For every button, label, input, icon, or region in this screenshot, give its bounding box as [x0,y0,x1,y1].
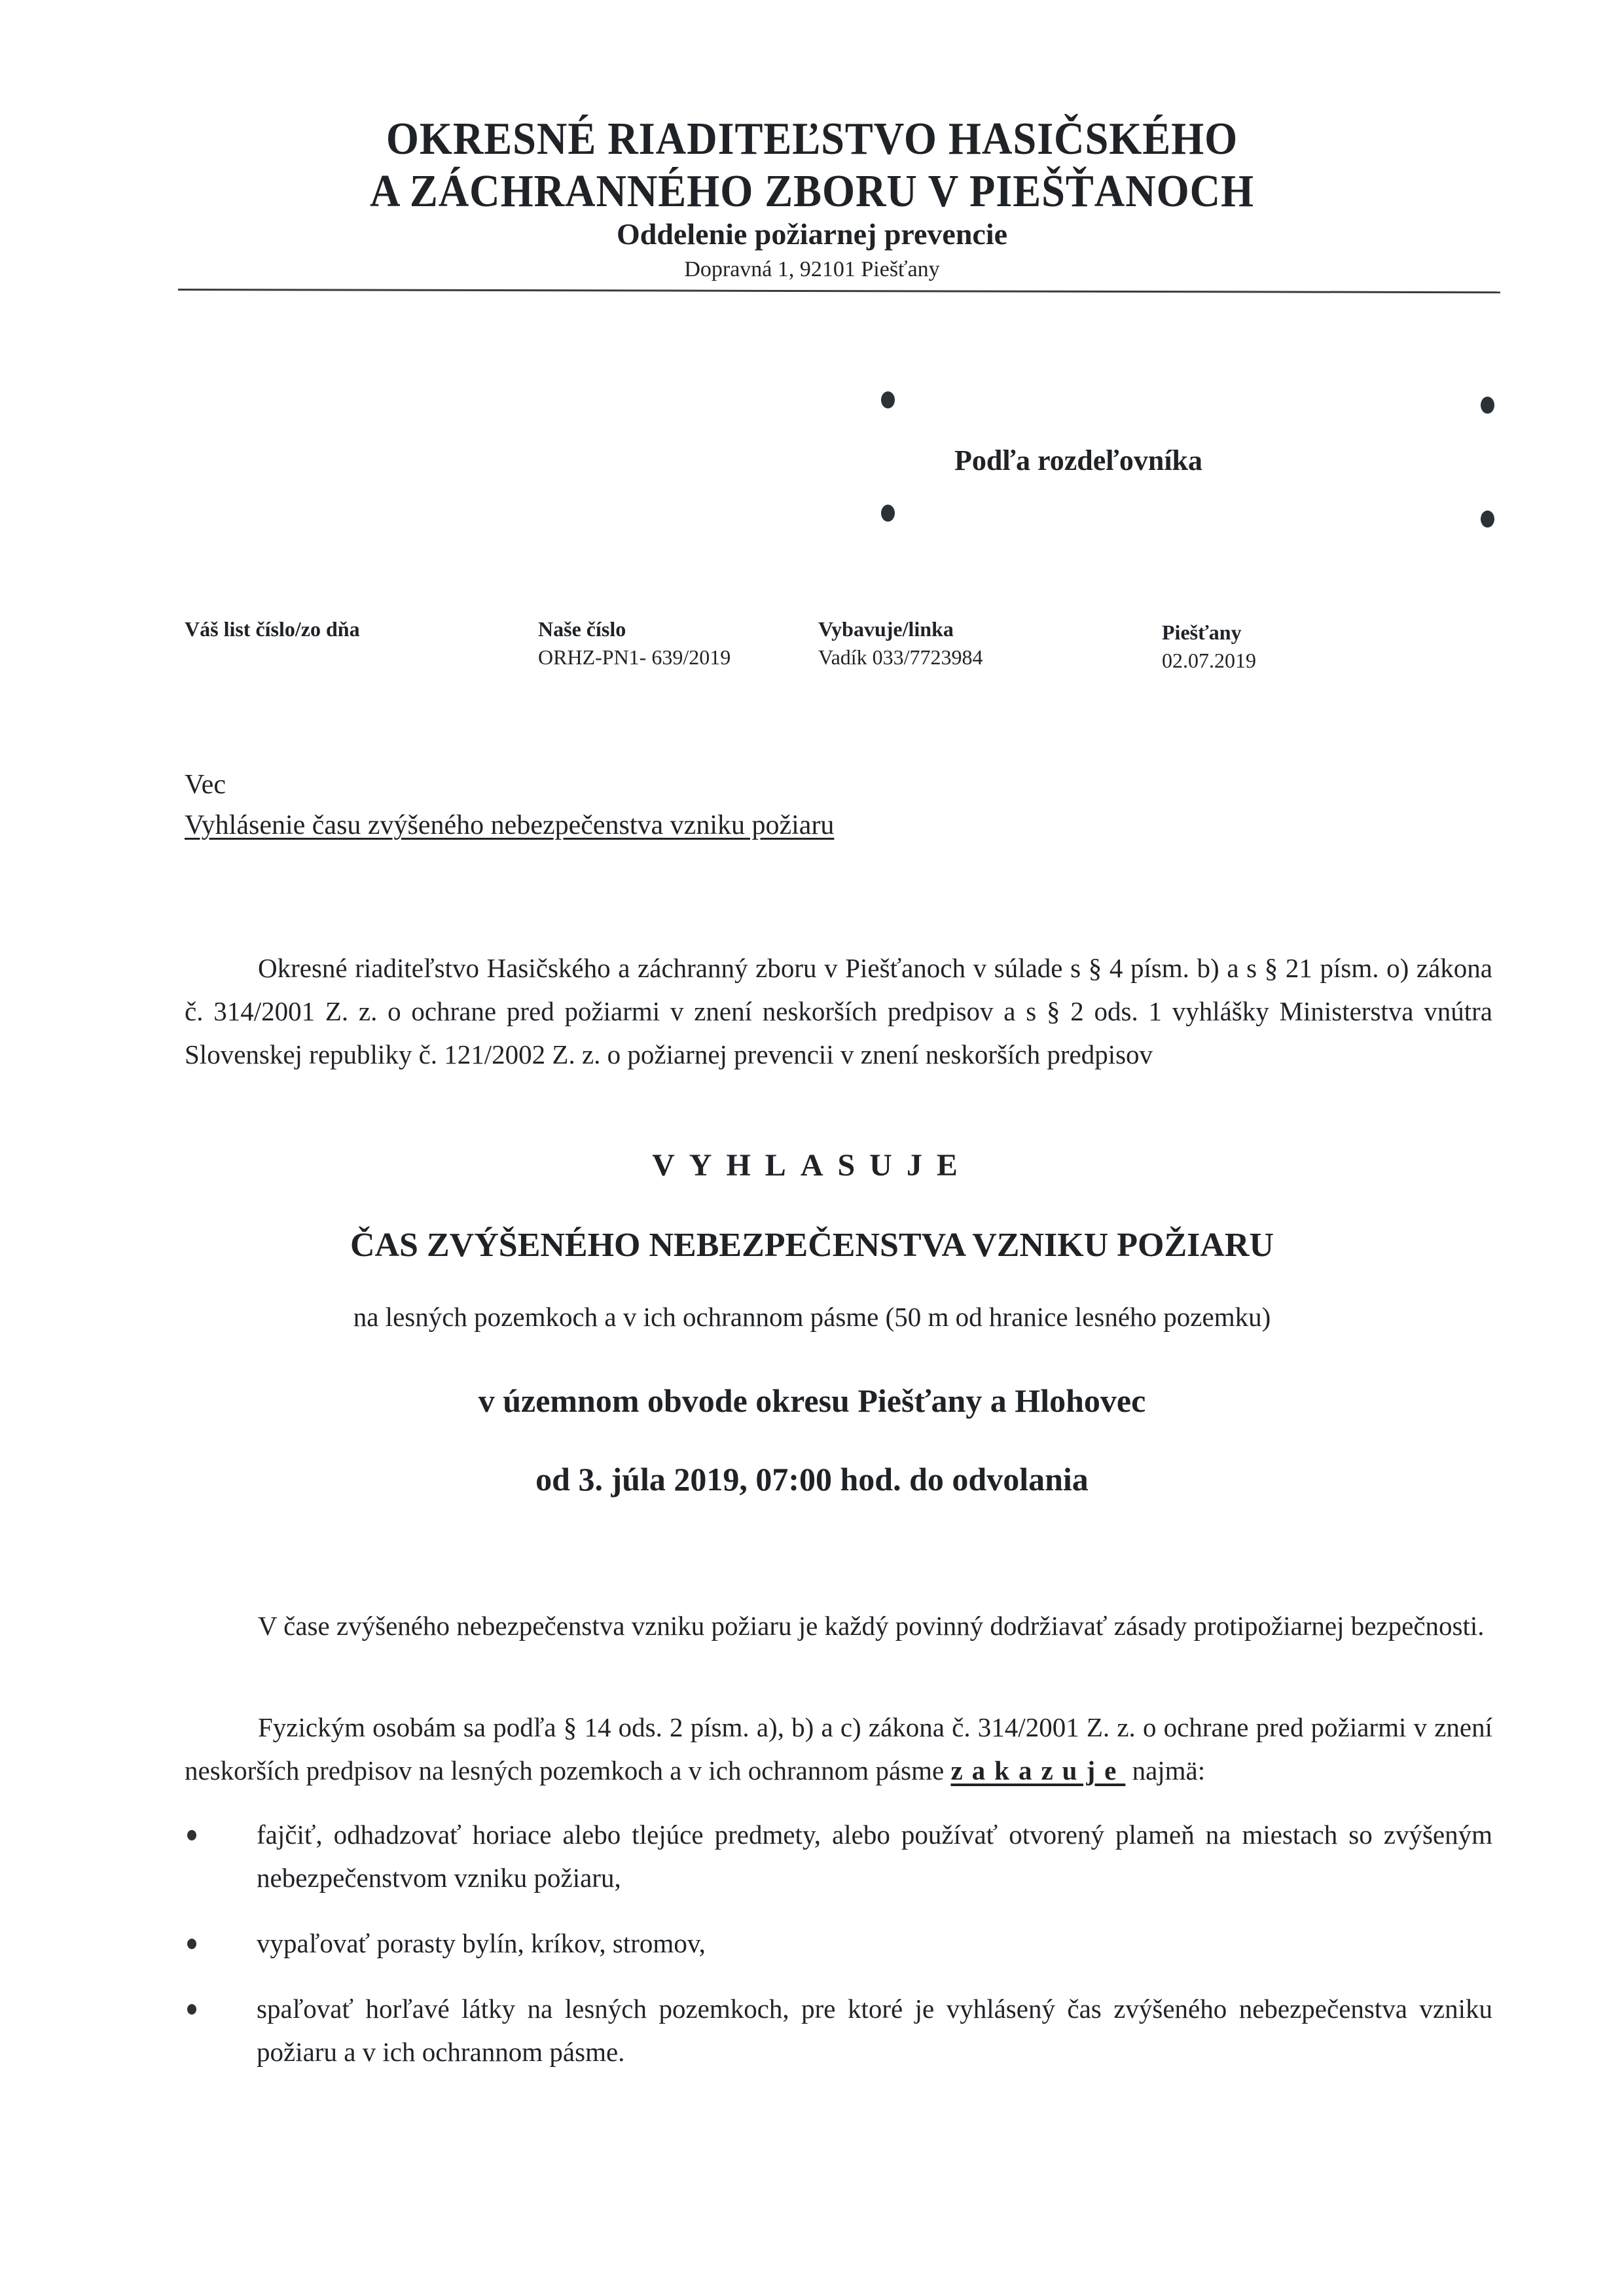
subject-label: Vec [185,771,226,798]
list-item: fajčiť, odhadzovať horiace alebo tlejúce… [185,1813,1492,1899]
organization-address: Dopravná 1, 92101 Piešťany [0,259,1624,281]
reference-handled-by: Vybavuje/linka Vadík 033/7723984 [818,615,983,672]
obligation-paragraph: V čase zvýšeného nebezpečenstva vzniku p… [185,1604,1492,1647]
reference-label: Naše číslo [538,615,731,643]
prohibition-keyword: zakazuje [950,1755,1125,1785]
address-window-corner-dot-icon [881,505,895,522]
declaration-territory: v územnom obvode okresu Piešťany a Hloho… [0,1384,1624,1417]
declaration-period: od 3. júla 2019, 07:00 hod. do odvolania [0,1463,1624,1496]
list-item: vypaľovať porasty bylín, kríkov, stromov… [185,1922,1492,1965]
list-item: spaľovať horľavé látky na lesných pozemk… [185,1987,1492,2073]
prohibition-list: fajčiť, odhadzovať horiace alebo tlejúce… [185,1813,1492,2096]
list-item-text: vypaľovať porasty bylín, kríkov, stromov… [257,1928,706,1958]
subject-text: Vyhlásenie času zvýšeného nebezpečenstva… [185,812,834,839]
prohibition-lead: Fyzickým osobám sa podľa § 14 ods. 2 pís… [185,1712,1492,1785]
recipient: Podľa rozdeľovníka [954,446,1202,475]
letterhead-divider [178,289,1500,293]
reference-your-letter: Váš list číslo/zo dňa [185,615,360,643]
document-page: OKRESNÉ RIADITEĽSTVO HASIČSKÉHO A ZÁCHRA… [0,0,1624,2296]
department-name: Oddelenie požiarnej prevencie [0,219,1624,249]
prohibition-tail: najmä: [1125,1755,1205,1785]
reference-label: Piešťany [1162,619,1256,647]
address-window-corner-dot-icon [1481,397,1494,414]
reference-value: 02.07.2019 [1162,647,1256,675]
reference-our-number: Naše číslo ORHZ-PN1- 639/2019 [538,615,731,672]
reference-label: Vybavuje/linka [818,615,983,643]
address-window-corner-dot-icon [881,391,895,408]
intro-paragraph: Okresné riaditeľstvo Hasičského a záchra… [185,946,1492,1076]
declaration-heading: ČAS ZVÝŠENÉHO NEBEZPEČENSTVA VZNIKU POŽI… [0,1229,1624,1263]
reference-place-date: Piešťany 02.07.2019 [1162,619,1256,675]
organization-name-line-1: OKRESNÉ RIADITEĽSTVO HASIČSKÉHO [65,117,1559,162]
organization-name-line-2: A ZÁCHRANNÉHO ZBORU V PIEŠŤANOCH [65,169,1559,215]
declaration-scope: na lesných pozemkoch a v ich ochrannom p… [0,1304,1624,1331]
list-item-text: fajčiť, odhadzovať horiace alebo tlejúce… [257,1820,1492,1893]
declaration-verb: VYHLASUJE [0,1150,1624,1181]
list-item-text: spaľovať horľavé látky na lesných pozemk… [257,1994,1492,2067]
bullet-icon [187,1939,196,1949]
prohibition-paragraph: Fyzickým osobám sa podľa § 14 ods. 2 pís… [185,1706,1492,1792]
bullet-icon [187,1830,196,1840]
reference-value: ORHZ-PN1- 639/2019 [538,643,731,672]
reference-label: Váš list číslo/zo dňa [185,615,360,643]
reference-value: Vadík 033/7723984 [818,643,983,672]
address-window-corner-dot-icon [1481,511,1494,528]
bullet-icon [187,2004,196,2015]
